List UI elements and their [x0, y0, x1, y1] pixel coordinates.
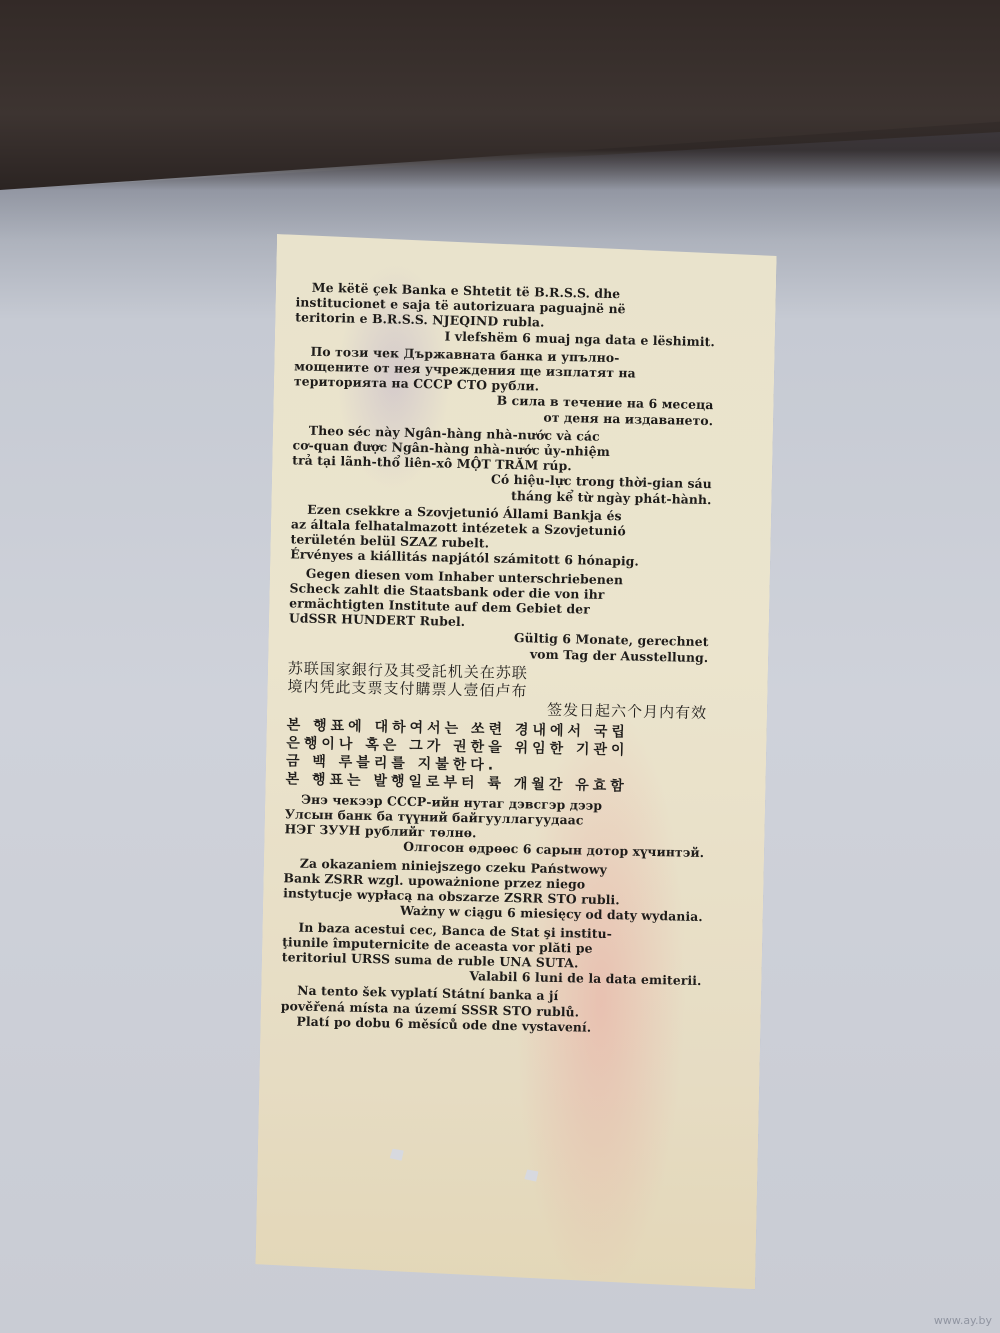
- watermark: www.ay.by: [934, 1314, 992, 1327]
- section-german: Gegen diesen vom Inhaber unterschriebene…: [288, 565, 710, 665]
- punch-hole: [524, 1169, 538, 1181]
- section-korean: 본 행표에 대하여서는 쏘련 경내에서 국립 은행이나 혹은 그가 권한을 위임…: [285, 716, 706, 797]
- section-chinese: 苏联国家銀行及其受託机关在苏联 境内凭此支票支付購票人壹佰卢布 签发日起六个月内…: [287, 659, 708, 722]
- check-paper: Me këtë çek Banka e Shtetit të B.R.S.S. …: [255, 234, 777, 1289]
- section-vietnamese: Theo séc này Ngân-hàng nhà-nước và các c…: [291, 422, 712, 507]
- section-romanian: In baza acestui cec, Banca de Stat şi in…: [281, 919, 702, 989]
- check-text: Me këtë çek Banka e Shtetit të B.R.S.S. …: [280, 279, 716, 1040]
- section-bulgarian: По този чек Държавната банка и упълно- м…: [293, 343, 714, 428]
- section-albanian: Me këtë çek Banka e Shtetit të B.R.S.S. …: [295, 279, 716, 349]
- section-polish: Za okazaniem niniejszego czeku Państwowy…: [283, 855, 704, 925]
- section-czech: Na tento šek vyplatí Státní banka a jí p…: [280, 983, 701, 1037]
- section-hungarian: Ezen csekkre a Szovjetunió Állami Bankja…: [290, 501, 711, 571]
- punch-hole: [390, 1149, 404, 1161]
- section-mongolian: Энэ чекээр СССР-ийн нутаг дэвсгэр дээр У…: [284, 791, 705, 861]
